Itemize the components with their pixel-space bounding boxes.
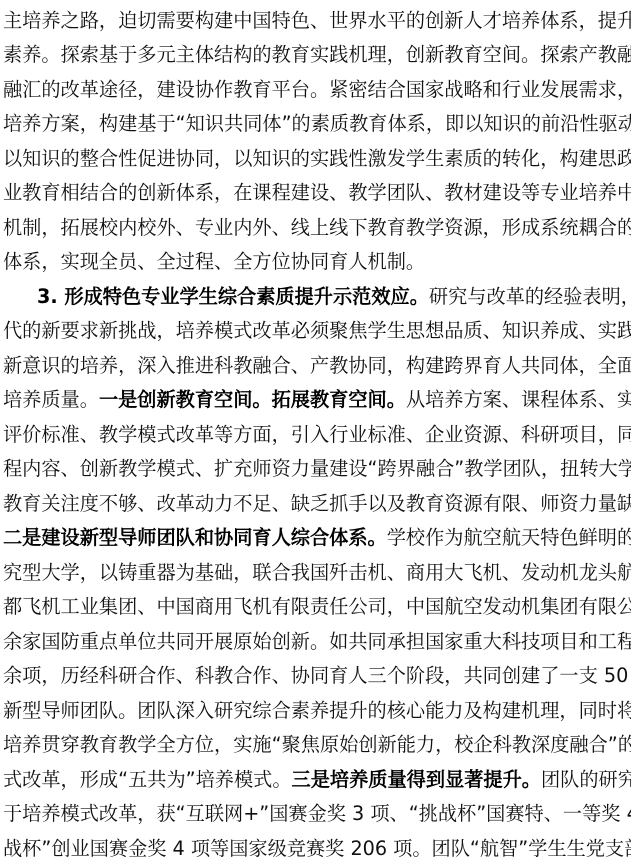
- text-run: 从培养方案、课程体系、实践体系、: [406, 388, 631, 411]
- text-run: 研究与改革的经验表明，面对新时: [429, 285, 631, 308]
- text-line: 机制，拓展校内校外、专业内外、线上线下教育教学资源，形成系统耦合的综合教育: [3, 215, 629, 241]
- text-run: 战杯”创业国赛金奖 4 项等国家级竞赛奖 206 项。团队“航智”学生生党支部入…: [3, 837, 631, 860]
- text-line: 二是建设新型导师团队和协同育人综合体系。学校作为航空航天特色鲜明的高水平研: [3, 525, 629, 551]
- text-line: 主培养之路，迫切需要构建中国特色、世界水平的创新人才培养体系，提升学生综合: [3, 8, 629, 34]
- text-run: 究型大学，以铸重器为基础，联合我国歼击机、商用大飞机、发动机龙头航空工业成: [3, 561, 631, 584]
- text-line: 程内容、创新教学模式、扩充师资力量建设“跨界融合”教学团队，扭转大学生素质: [3, 456, 629, 482]
- bold-text-run: 一是创新教育空间。拓展教育空间。: [99, 388, 406, 411]
- text-line: 究型大学，以铸重器为基础，联合我国歼击机、商用大飞机、发动机龙头航空工业成: [3, 560, 629, 586]
- text-line: 战杯”创业国赛金奖 4 项等国家级竞赛奖 206 项。团队“航智”学生生党支部入…: [3, 836, 629, 862]
- text-line: 业教育相结合的创新体系，在课程建设、教学团队、教材建设等专业培养中改革组织: [3, 180, 629, 206]
- text-line: 体系，实现全员、全过程、全方位协同育人机制。: [3, 249, 629, 275]
- text-run: 程内容、创新教学模式、扩充师资力量建设“跨界融合”教学团队，扭转大学生素质: [3, 457, 631, 480]
- text-line: 培养贯穿教育教学全方位，实施“聚焦原始创新能力，校企科教深度融合”的教学模: [3, 732, 629, 758]
- text-run: 余家国防重点单位共同开展原始创新。如共同承担国家重大科技项目和工程项目 60: [3, 630, 631, 653]
- text-run: 团队的研究成果用: [541, 768, 631, 791]
- text-run: 于培养模式改革，获“互联网+”国赛金奖 3 项、“挑战杯”国赛特、一等奖 4 项…: [3, 802, 631, 825]
- text-line: 教育关注度不够、改革动力不足、缺乏抓手以及教育资源有限、师资力量缺乏等问题。: [3, 491, 629, 517]
- text-line: 于培养模式改革，获“互联网+”国赛金奖 3 项、“挑战杯”国赛特、一等奖 4 项…: [3, 801, 629, 827]
- text-run: 培养方案，构建基于“知识共同体”的素质教育体系，即以知识的前沿性驱动创新，: [3, 112, 631, 135]
- text-line: 3. 形成特色专业学生综合素质提升示范效应。研究与改革的经验表明，面对新时: [37, 284, 629, 310]
- text-line: 代的新要求新挑战，培养模式改革必须聚焦学生思想品质、知识养成、实践能力和创: [3, 318, 629, 344]
- text-run: 新意识的培养，深入推进科教融合、产教协同，构建跨界育人共同体，全面提升人才: [3, 354, 631, 377]
- text-run: 学校作为航空航天特色鲜明的高水平研: [387, 526, 631, 549]
- text-run: 素养。探索基于多元主体结构的教育实践机理，创新教育空间。探索产教融合、科教: [3, 43, 631, 66]
- text-line: 融汇的改革途径，建设协作教育平台。紧密结合国家战略和行业发展需求，优化人才: [3, 77, 629, 103]
- text-line: 以知识的整合性促进协同，以知识的实践性激发学生素质的转化，构建思政引领和专: [3, 146, 629, 172]
- text-line: 素养。探索基于多元主体结构的教育实践机理，创新教育空间。探索产教融合、科教: [3, 42, 629, 68]
- text-line: 培养质量。一是创新教育空间。拓展教育空间。从培养方案、课程体系、实践体系、: [3, 387, 629, 413]
- bold-text-run: 3. 形成特色专业学生综合素质提升示范效应。: [37, 285, 429, 308]
- text-line: 新型导师团队。团队深入研究综合素养提升的核心能力及构建机理，同时将创新能力: [3, 698, 629, 724]
- bold-text-run: 三是培养质量得到显著提升。: [292, 768, 541, 791]
- text-run: 新型导师团队。团队深入研究综合素养提升的核心能力及构建机理，同时将创新能力: [3, 699, 631, 722]
- text-run: 都飞机工业集团、中国商用飞机有限责任公司，中国航空发动机集团有限公司等 10: [3, 595, 631, 618]
- text-run: 融汇的改革途径，建设协作教育平台。紧密结合国家战略和行业发展需求，优化人才: [3, 78, 631, 101]
- text-line: 评价标准、教学模式改革等方面，引入行业标准、企业资源、科研项目，同时改革课: [3, 422, 629, 448]
- text-run: 教育关注度不够、改革动力不足、缺乏抓手以及教育资源有限、师资力量缺乏等问题。: [3, 492, 631, 515]
- text-run: 体系，实现全员、全过程、全方位协同育人机制。: [3, 250, 425, 273]
- text-run: 机制，拓展校内校外、专业内外、线上线下教育教学资源，形成系统耦合的综合教育: [3, 216, 631, 239]
- text-line: 培养方案，构建基于“知识共同体”的素质教育体系，即以知识的前沿性驱动创新，: [3, 111, 629, 137]
- text-run: 代的新要求新挑战，培养模式改革必须聚焦学生思想品质、知识养成、实践能力和创: [3, 319, 631, 342]
- text-line: 余项，历经科研合作、科教合作、协同育人三个阶段，共同创建了一支 50 余人高水平: [3, 663, 629, 689]
- text-run: 余项，历经科研合作、科教合作、协同育人三个阶段，共同创建了一支 50 余人高水平: [3, 664, 631, 687]
- text-run: 业教育相结合的创新体系，在课程建设、教学团队、教材建设等专业培养中改革组织: [3, 181, 631, 204]
- text-run: 评价标准、教学模式改革等方面，引入行业标准、企业资源、科研项目，同时改革课: [3, 423, 631, 446]
- text-line: 都飞机工业集团、中国商用飞机有限责任公司，中国航空发动机集团有限公司等 10: [3, 594, 629, 620]
- text-run: 主培养之路，迫切需要构建中国特色、世界水平的创新人才培养体系，提升学生综合: [3, 9, 631, 32]
- bold-text-run: 二是建设新型导师团队和协同育人综合体系。: [3, 526, 387, 549]
- text-line: 式改革，形成“五共为”培养模式。三是培养质量得到显著提升。团队的研究成果用: [3, 767, 629, 793]
- text-run: 培养贯穿教育教学全方位，实施“聚焦原始创新能力，校企科教深度融合”的教学模: [3, 733, 631, 756]
- text-run: 培养质量。: [3, 388, 99, 411]
- text-run: 式改革，形成“五共为”培养模式。: [3, 768, 292, 791]
- text-run: 以知识的整合性促进协同，以知识的实践性激发学生素质的转化，构建思政引领和专: [3, 147, 631, 170]
- text-line: 余家国防重点单位共同开展原始创新。如共同承担国家重大科技项目和工程项目 60: [3, 629, 629, 655]
- text-line: 新意识的培养，深入推进科教融合、产教协同，构建跨界育人共同体，全面提升人才: [3, 353, 629, 379]
